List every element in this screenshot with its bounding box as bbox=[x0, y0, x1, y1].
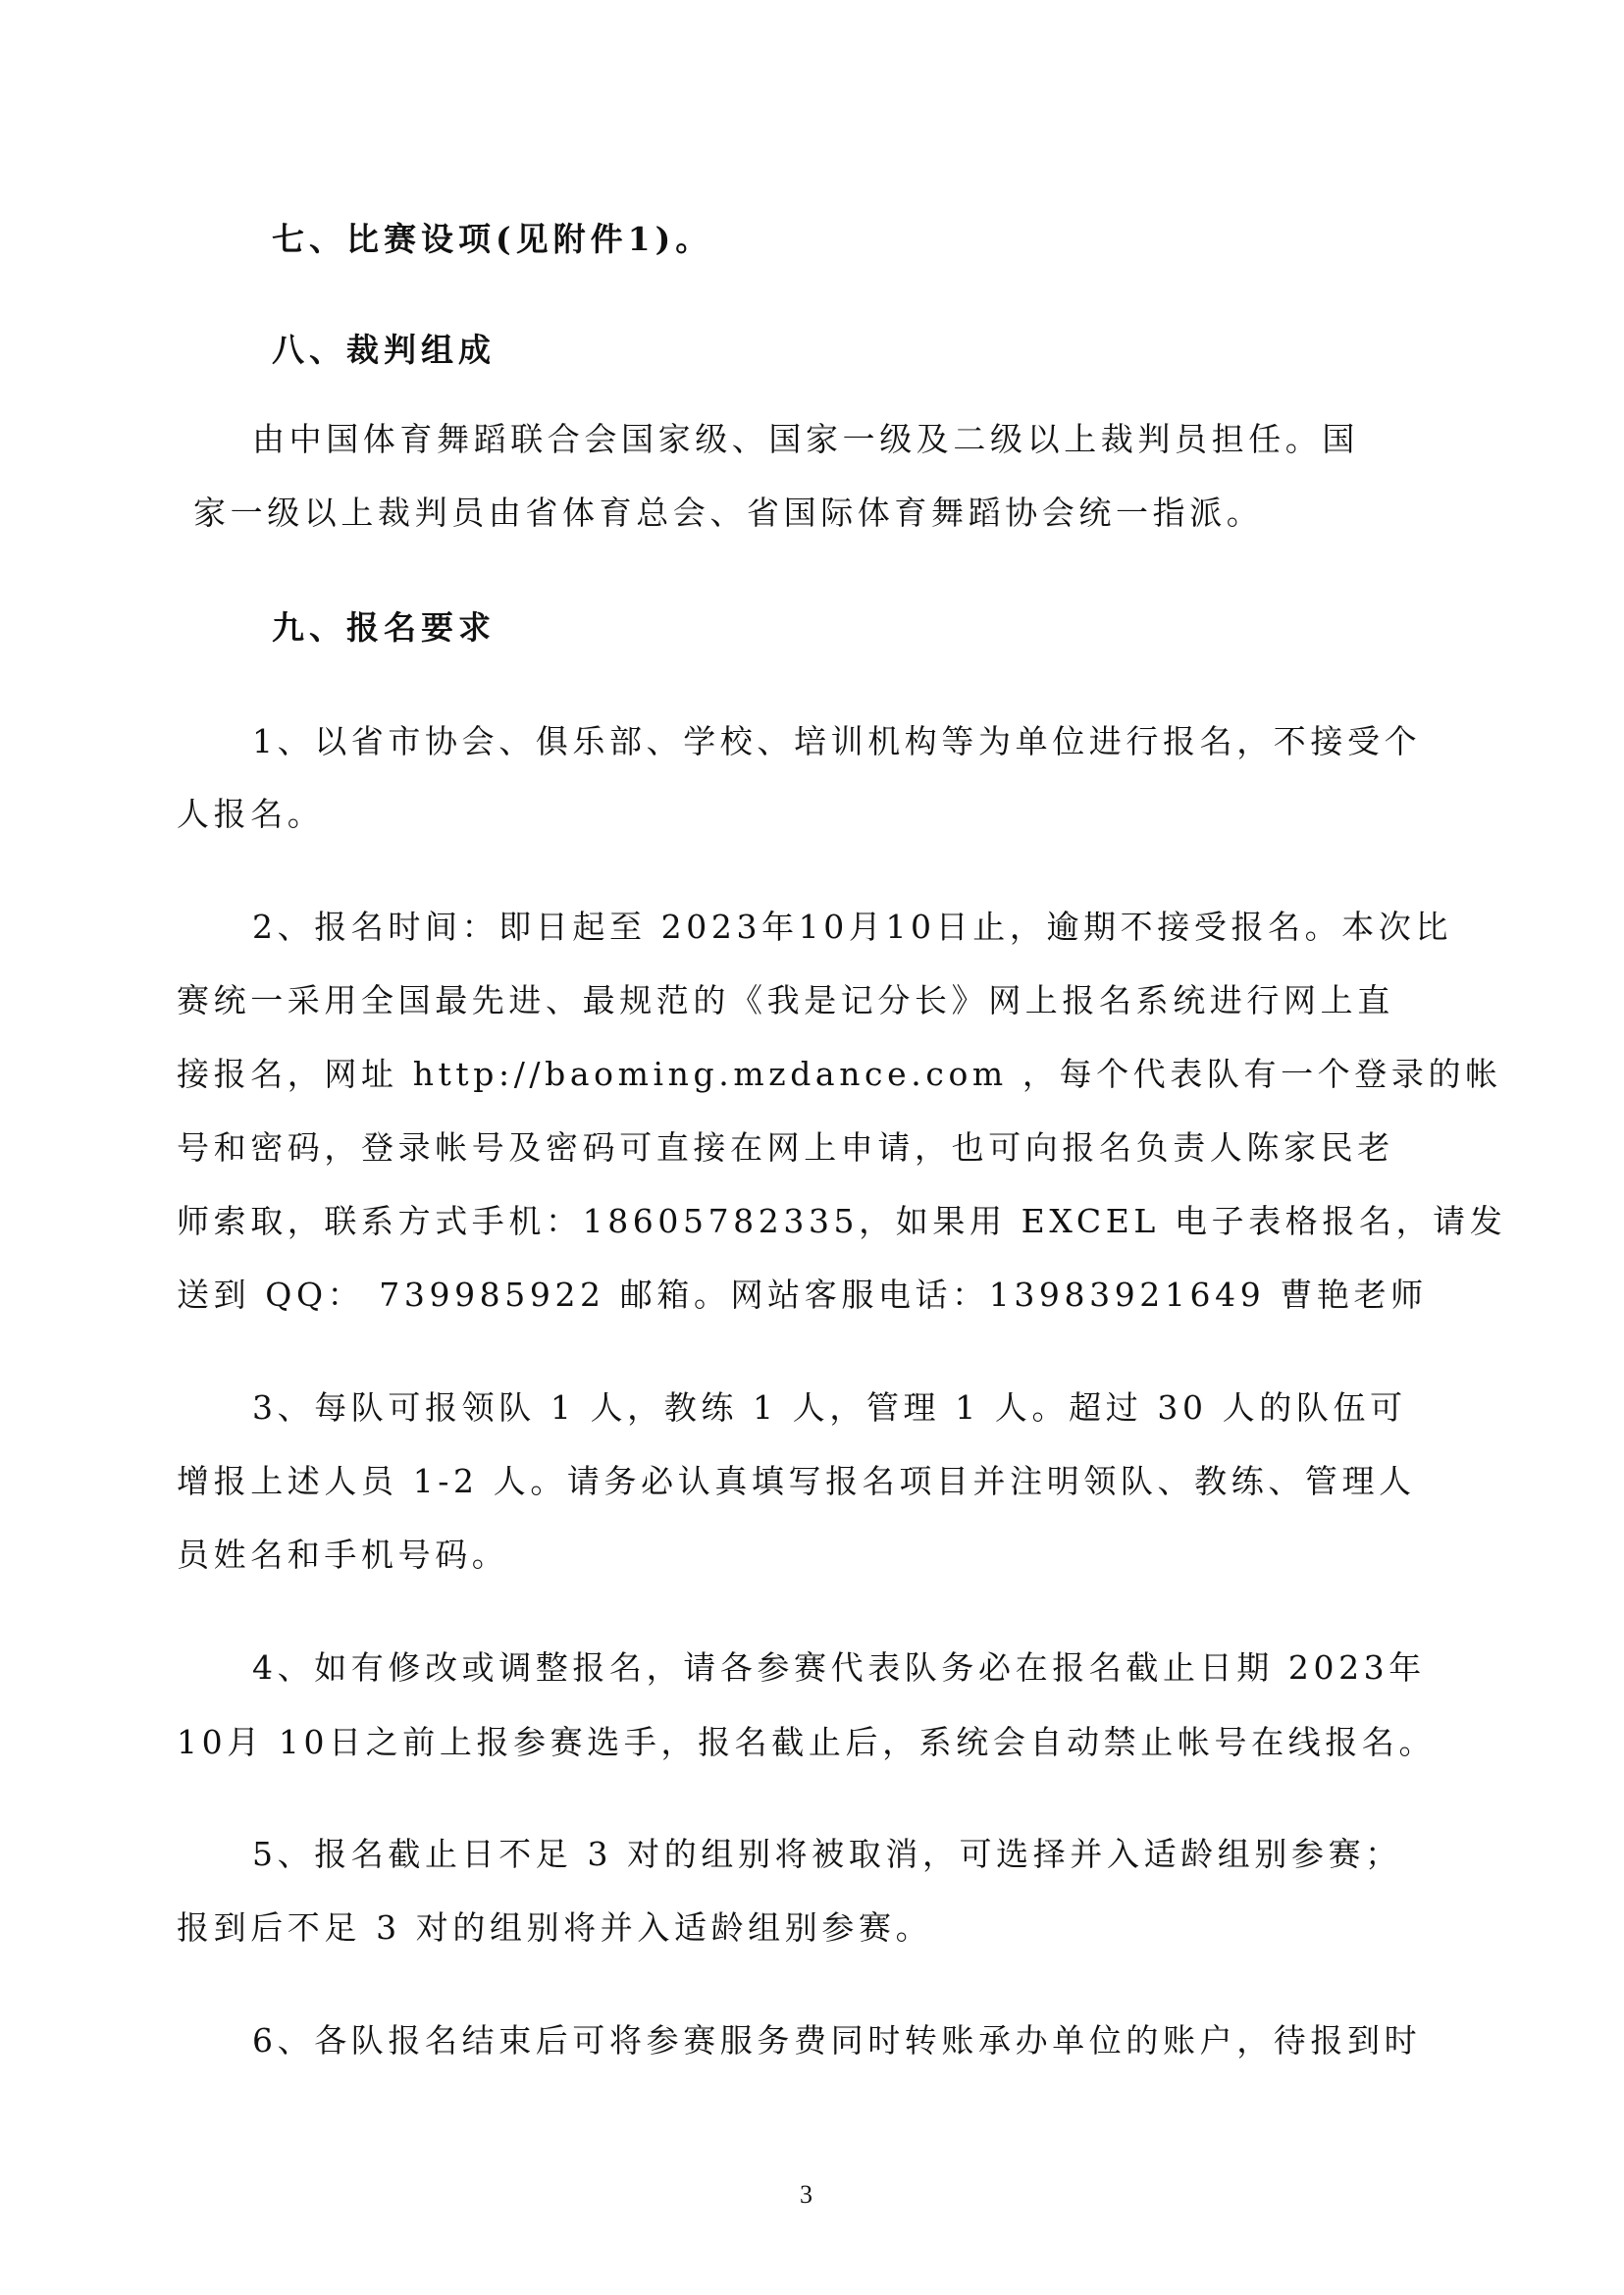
list-item-6-line: 6、各队报名结束后可将参赛服务费同时转账承办单位的账户，待报到时 bbox=[252, 2021, 1421, 2060]
page-number: 3 bbox=[800, 2180, 812, 2210]
list-item-2-line: 2、报名时间：即日起至 2023年10月10日止，逾期不接受报名。本次比 bbox=[252, 908, 1452, 947]
list-item-3-line: 员姓名和手机号码。 bbox=[177, 1536, 508, 1575]
list-item-3-line: 增报上述人员 1-2 人。请务必认真填写报名项目并注明领队、教练、管理人 bbox=[177, 1462, 1416, 1501]
list-item-1-line: 人报名。 bbox=[177, 795, 324, 834]
list-item-3-line: 3、每队可报领队 1 人，教练 1 人，管理 1 人。超过 30 人的队伍可 bbox=[252, 1388, 1407, 1428]
section-heading-8: 八、裁判组成 bbox=[272, 331, 496, 370]
section-heading-7: 七、比赛设项(见附件1)。 bbox=[272, 220, 712, 259]
list-item-2-line: 送到 QQ： 739985922 邮箱。网站客服电话：13983921649 曹… bbox=[177, 1276, 1428, 1315]
paragraph-line: 由中国体育舞蹈联合会国家级、国家一级及二级以上裁判员担任。国 bbox=[252, 420, 1359, 459]
list-item-2-line: 赛统一采用全国最先进、最规范的《我是记分长》网上报名系统进行网上直 bbox=[177, 981, 1394, 1020]
list-item-2-line: 师索取，联系方式手机：18605782335，如果用 EXCEL 电子表格报名，… bbox=[177, 1202, 1506, 1241]
list-item-4-line: 10月 10日之前上报参赛选手，报名截止后，系统会自动禁止帐号在线报名。 bbox=[177, 1723, 1436, 1762]
list-item-5-line: 5、报名截止日不足 3 对的组别将被取消，可选择并入适龄组别参赛； bbox=[252, 1835, 1402, 1874]
list-item-4-line: 4、如有修改或调整报名，请各参赛代表队务必在报名截止日期 2023年 bbox=[252, 1648, 1426, 1688]
list-item-2-line: 号和密码，登录帐号及密码可直接在网上申请，也可向报名负责人陈家民老 bbox=[177, 1128, 1394, 1168]
list-item-2-line: 接报名，网址 http://baoming.mzdance.com ，每个代表队… bbox=[177, 1055, 1502, 1094]
list-item-1-line: 1、以省市协会、俱乐部、学校、培训机构等为单位进行报名，不接受个 bbox=[252, 722, 1421, 761]
list-item-5-line: 报到后不足 3 对的组别将并入适龄组别参赛。 bbox=[177, 1908, 932, 1948]
paragraph-line: 家一级以上裁判员由省体育总会、省国际体育舞蹈协会统一指派。 bbox=[193, 494, 1263, 533]
section-heading-9: 九、报名要求 bbox=[272, 608, 496, 648]
